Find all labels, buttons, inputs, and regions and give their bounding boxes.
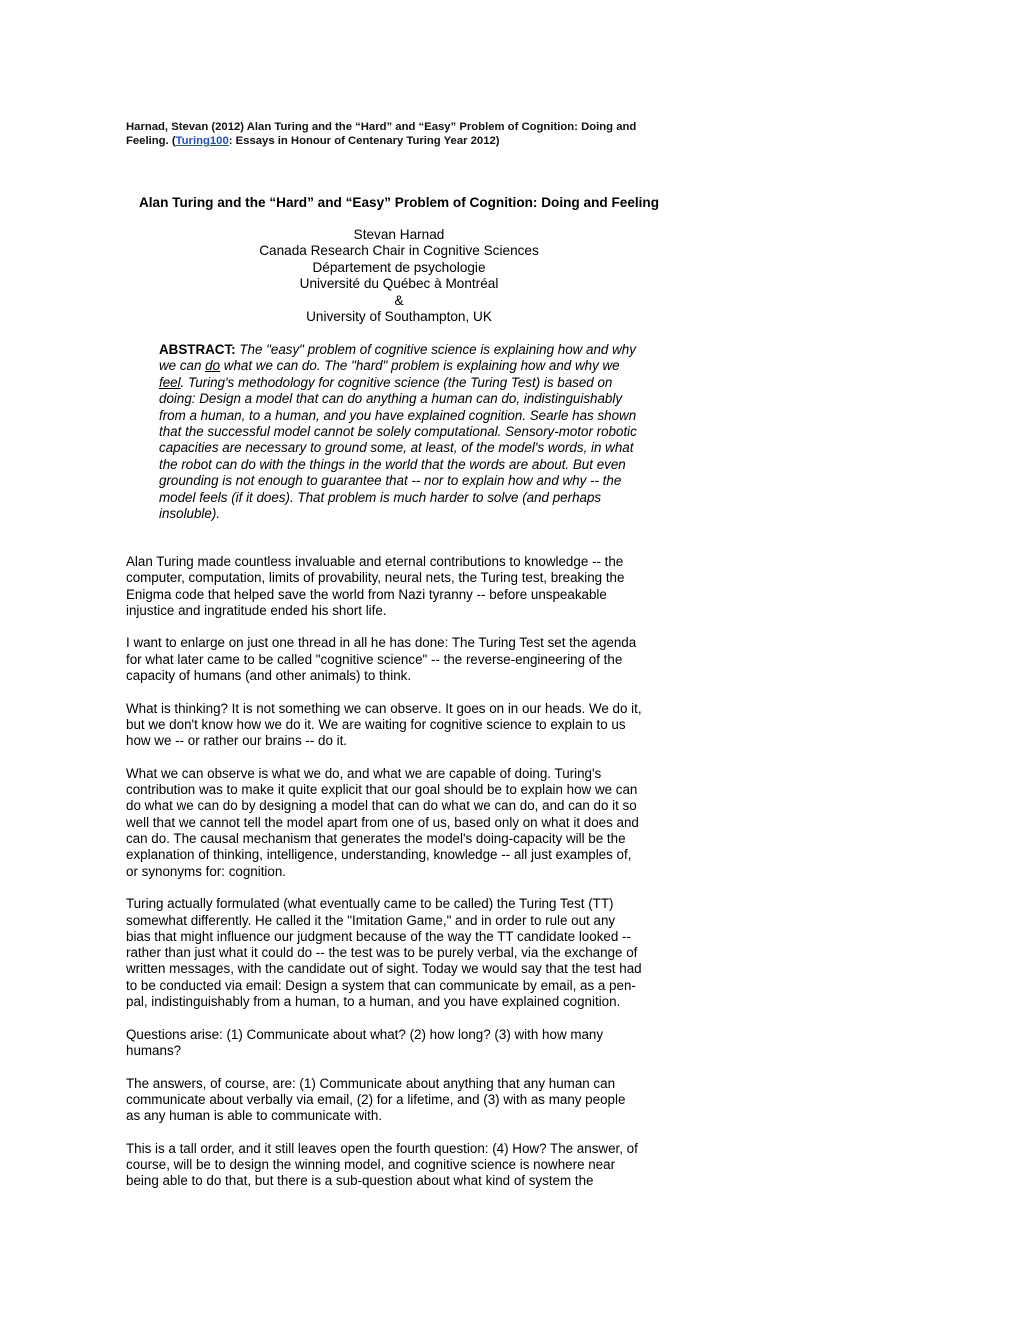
paragraph-line: Alan Turing made countless invaluable an…: [126, 554, 686, 570]
emphasis-do: do: [205, 358, 220, 373]
abstract-line: capacities are necessary to ground some,…: [159, 440, 679, 456]
paragraph-line: for what later came to be called "cognit…: [126, 652, 686, 668]
paragraph-line: Questions arise: (1) Communicate about w…: [126, 1027, 686, 1043]
author-affiliation: Canada Research Chair in Cognitive Scien…: [126, 243, 672, 259]
abstract-line: grounding is not enough to guarantee tha…: [159, 473, 679, 489]
citation-prefix: Feeling. (: [126, 135, 176, 147]
body-paragraph: Turing actually formulated (what eventua…: [126, 896, 686, 1010]
paragraph-line: This is a tall order, and it still leave…: [126, 1141, 686, 1157]
paragraph-line: being able to do that, but there is a su…: [126, 1173, 686, 1189]
paragraph-line: Turing actually formulated (what eventua…: [126, 896, 686, 912]
abstract-text: The "easy" problem of cognitive science …: [236, 342, 636, 357]
paragraph-line: but we don't know how we do it. We are w…: [126, 717, 686, 733]
paragraph-line: can do. The causal mechanism that genera…: [126, 831, 686, 847]
abstract-line: the robot can do with the things in the …: [159, 457, 679, 473]
paragraph-line: bias that might influence our judgment b…: [126, 929, 686, 945]
paragraph-line: pal, indistinguishably from a human, to …: [126, 994, 686, 1010]
abstract-line: that the successful model cannot be sole…: [159, 424, 679, 440]
abstract-line: from a human, to a human, and you have e…: [159, 408, 679, 424]
paragraph-line: injustice and ingratitude ended his shor…: [126, 603, 686, 619]
paragraph-line: computer, computation, limits of provabi…: [126, 570, 686, 586]
paragraph-line: What is thinking? It is not something we…: [126, 701, 686, 717]
paper-title: Alan Turing and the “Hard” and “Easy” Pr…: [126, 195, 672, 211]
author-university-2: University of Southampton, UK: [126, 309, 672, 325]
abstract-line: feel. Turing's methodology for cognitive…: [159, 375, 679, 391]
body-paragraph: The answers, of course, are: (1) Communi…: [126, 1076, 686, 1125]
citation-line-2: Feeling. (Turing100: Essays in Honour of…: [126, 134, 686, 148]
paragraph-line: capacity of humans (and other animals) t…: [126, 668, 686, 684]
paragraph-line: to be conducted via email: Design a syst…: [126, 978, 686, 994]
abstract-text: what we can do. The "hard" problem is ex…: [220, 358, 620, 373]
abstract: ABSTRACT: The "easy" problem of cognitiv…: [159, 342, 679, 522]
paragraph-line: well that we cannot tell the model apart…: [126, 815, 686, 831]
paragraph-line: I want to enlarge on just one thread in …: [126, 635, 686, 651]
abstract-line: we can do what we can do. The "hard" pro…: [159, 358, 679, 374]
paragraph-line: contribution was to make it quite explic…: [126, 782, 686, 798]
paragraph-line: rather than just what it could do -- the…: [126, 945, 686, 961]
paragraph-line: as any human is able to communicate with…: [126, 1108, 686, 1124]
body-paragraph: This is a tall order, and it still leave…: [126, 1141, 686, 1190]
citation-header: Harnad, Stevan (2012) Alan Turing and th…: [126, 120, 686, 148]
paragraph-line: or synonyms for: cognition.: [126, 864, 686, 880]
paragraph-line: explanation of thinking, intelligence, u…: [126, 847, 686, 863]
body-paragraph: Alan Turing made countless invaluable an…: [126, 554, 686, 619]
abstract-label: ABSTRACT:: [159, 342, 236, 357]
paragraph-line: Enigma code that helped save the world f…: [126, 587, 686, 603]
body-paragraph: Questions arise: (1) Communicate about w…: [126, 1027, 686, 1060]
turing100-link[interactable]: Turing100: [176, 135, 229, 147]
body-paragraph: What we can observe is what we do, and w…: [126, 766, 686, 880]
author-name: Stevan Harnad: [126, 227, 672, 243]
paragraph-line: course, will be to design the winning mo…: [126, 1157, 686, 1173]
author-block: Stevan Harnad Canada Research Chair in C…: [126, 227, 672, 325]
paragraph-line: written messages, with the candidate out…: [126, 961, 686, 977]
document-page: Harnad, Stevan (2012) Alan Turing and th…: [0, 0, 1024, 1325]
body-text: Alan Turing made countless invaluable an…: [126, 554, 686, 1206]
paragraph-line: communicate about verbally via email, (2…: [126, 1092, 686, 1108]
author-department: Département de psychologie: [126, 260, 672, 276]
citation-suffix: : Essays in Honour of Centenary Turing Y…: [229, 135, 500, 147]
abstract-text: we can: [159, 358, 205, 373]
paragraph-line: The answers, of course, are: (1) Communi…: [126, 1076, 686, 1092]
emphasis-feel: feel: [159, 375, 181, 390]
author-ampersand: &: [126, 293, 672, 309]
body-paragraph: What is thinking? It is not something we…: [126, 701, 686, 750]
citation-line-1: Harnad, Stevan (2012) Alan Turing and th…: [126, 120, 686, 134]
paragraph-line: do what we can do by designing a model t…: [126, 798, 686, 814]
abstract-line: ABSTRACT: The "easy" problem of cognitiv…: [159, 342, 679, 358]
author-university-1: Université du Québec à Montréal: [126, 276, 672, 292]
paragraph-line: What we can observe is what we do, and w…: [126, 766, 686, 782]
abstract-text: . Turing's methodology for cognitive sci…: [181, 375, 613, 390]
paragraph-line: humans?: [126, 1043, 686, 1059]
body-paragraph: I want to enlarge on just one thread in …: [126, 635, 686, 684]
paragraph-line: how we -- or rather our brains -- do it.: [126, 733, 686, 749]
abstract-line: insoluble).: [159, 506, 679, 522]
abstract-line: doing: Design a model that can do anythi…: [159, 391, 679, 407]
abstract-line: model feels (if it does). That problem i…: [159, 490, 679, 506]
paragraph-line: somewhat differently. He called it the "…: [126, 913, 686, 929]
